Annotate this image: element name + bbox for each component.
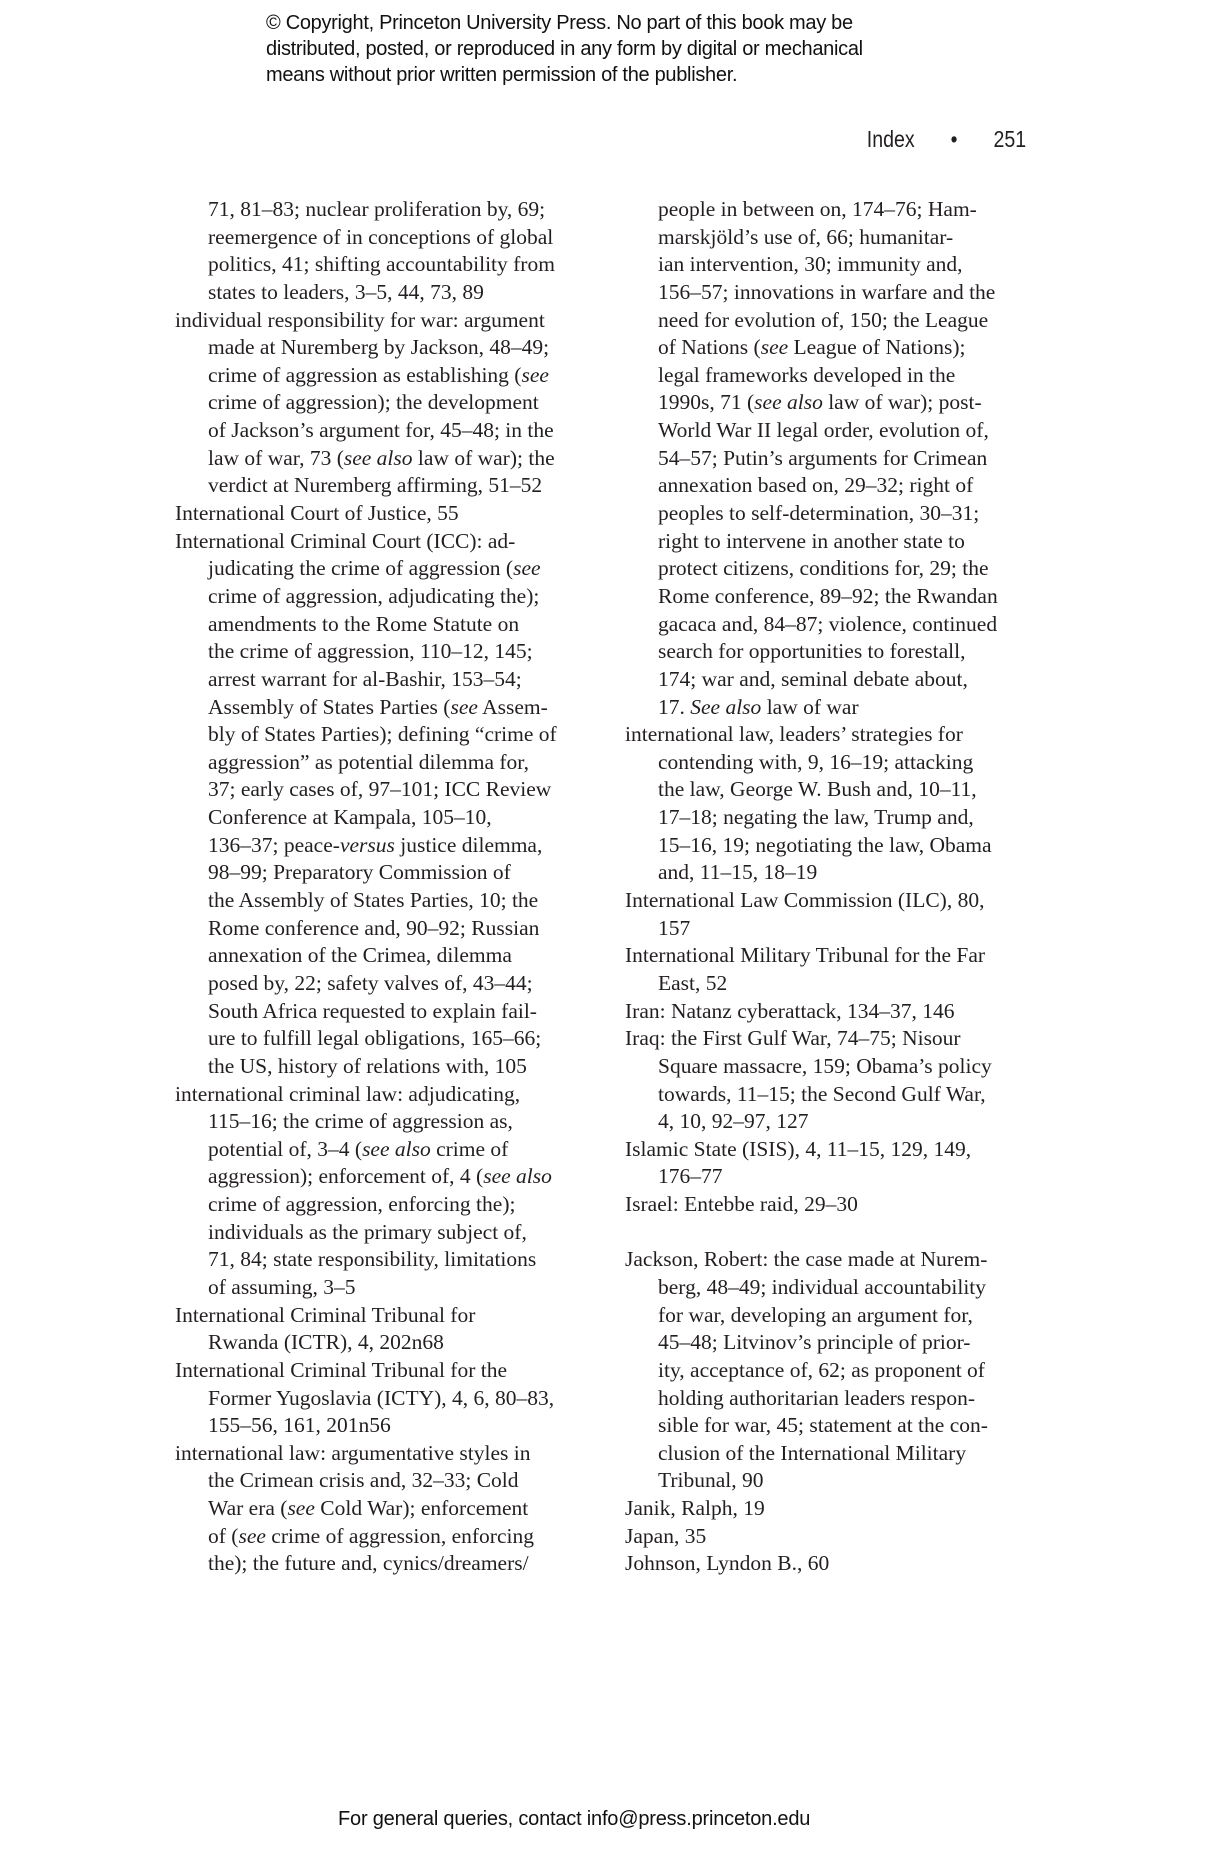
index-entry-heading: Iraq: the First Gulf War, 74–75; Nisour <box>625 1025 1045 1053</box>
index-entry-heading: international law: argumentative styles … <box>175 1440 595 1468</box>
copyright-line: means without prior written permission o… <box>266 62 986 88</box>
index-subentry-line: crime of aggression, adjudicating the); <box>175 583 595 611</box>
index-text: Assem- <box>478 695 548 719</box>
index-subentry-line: the crime of aggression, 110–12, 145; <box>175 638 595 666</box>
index-text: ure to fulfill legal obligations, 165–66… <box>208 1026 541 1050</box>
index-entry-heading: International Law Commission (ILC), 80, <box>625 887 1045 915</box>
index-subentry-line: annexation of the Crimea, dilemma <box>175 942 595 970</box>
index-text: South Africa requested to explain fail- <box>208 999 537 1023</box>
index-text: law of war, 73 ( <box>208 446 344 470</box>
index-subentry-line: Square massacre, 159; Obama’s policy <box>625 1053 1045 1081</box>
index-text: contending with, 9, 16–19; attacking <box>658 750 973 774</box>
italic-cross-reference: see <box>761 335 788 359</box>
index-text: 155–56, 161, 201n56 <box>208 1413 391 1437</box>
index-text: International Criminal Tribunal for <box>175 1303 475 1327</box>
index-subentry-line: berg, 48–49; individual accountability <box>625 1274 1045 1302</box>
index-subentry-line: East, 52 <box>625 970 1045 998</box>
index-text: 71, 81–83; nuclear proliferation by, 69; <box>208 197 545 221</box>
index-text: individual responsibility for war: argum… <box>175 308 545 332</box>
index-subentry-line: 155–56, 161, 201n56 <box>175 1412 595 1440</box>
index-text: crime of <box>431 1137 509 1161</box>
index-text: annexation of the Crimea, dilemma <box>208 943 512 967</box>
index-text: 1990s, 71 ( <box>658 390 754 414</box>
index-subentry-line: posed by, 22; safety valves of, 43–44; <box>175 970 595 998</box>
index-text: reemergence of in conceptions of global <box>208 225 553 249</box>
page-number: 251 <box>994 126 1027 153</box>
index-entry-heading: International Criminal Tribunal for the <box>175 1357 595 1385</box>
index-text: ity, acceptance of, 62; as proponent of <box>658 1358 985 1382</box>
index-subentry-line: 17. See also law of war <box>625 694 1045 722</box>
index-text: 176–77 <box>658 1164 723 1188</box>
index-text: 15–16, 19; negotiating the law, Obama <box>658 833 992 857</box>
index-text: International Criminal Tribunal for the <box>175 1358 507 1382</box>
index-text: 136–37; peace- <box>208 833 340 857</box>
index-subentry-line: the); the future and, cynics/dreamers/ <box>175 1550 595 1578</box>
index-subentry-line: of (see crime of aggression, enforcing <box>175 1523 595 1551</box>
index-text: verdict at Nuremberg affirming, 51–52 <box>208 473 542 497</box>
index-text: crime of aggression, adjudicating the); <box>208 584 539 608</box>
index-text: Jackson, Robert: the case made at Nurem- <box>625 1247 987 1271</box>
index-subentry-line: contending with, 9, 16–19; attacking <box>625 749 1045 777</box>
index-text: 17. <box>658 695 690 719</box>
index-text: the Crimean crisis and, 32–33; Cold <box>208 1468 519 1492</box>
index-text: the crime of aggression, 110–12, 145; <box>208 639 533 663</box>
index-text: 54–57; Putin’s arguments for Crimean <box>658 446 987 470</box>
index-text: 4, 10, 92–97, 127 <box>658 1109 809 1133</box>
index-entry-heading: International Court of Justice, 55 <box>175 500 595 528</box>
index-text: Janik, Ralph, 19 <box>625 1496 765 1520</box>
index-subentry-line: 1990s, 71 (see also law of war); post- <box>625 389 1045 417</box>
index-text: the Assembly of States Parties, 10; the <box>208 888 538 912</box>
index-subentry-line: gacaca and, 84–87; violence, continued <box>625 611 1045 639</box>
index-text: law of war); post- <box>823 390 982 414</box>
index-text: Iran: Natanz cyberattack, 134–37, 146 <box>625 999 955 1023</box>
index-subentry-line: ian intervention, 30; immunity and, <box>625 251 1045 279</box>
index-text: aggression); enforcement of, 4 ( <box>208 1164 483 1188</box>
index-subentry-line: 4, 10, 92–97, 127 <box>625 1108 1045 1136</box>
index-text: states to leaders, 3–5, 44, 73, 89 <box>208 280 484 304</box>
index-text: War era ( <box>208 1496 287 1520</box>
index-text: Rwanda (ICTR), 4, 202n68 <box>208 1330 444 1354</box>
index-text: legal frameworks developed in the <box>658 363 955 387</box>
index-text: Square massacre, 159; Obama’s policy <box>658 1054 992 1078</box>
index-subentry-line: War era (see Cold War); enforcement <box>175 1495 595 1523</box>
index-subentry-line: search for opportunities to forestall, <box>625 638 1045 666</box>
index-text: clusion of the International Military <box>658 1441 966 1465</box>
index-subentry-line: 37; early cases of, 97–101; ICC Review <box>175 776 595 804</box>
index-text: Islamic State (ISIS), 4, 11–15, 129, 149… <box>625 1137 971 1161</box>
bullet-separator-icon: • <box>951 126 958 153</box>
index-subentry-line: made at Nuremberg by Jackson, 48–49; <box>175 334 595 362</box>
index-subentry-line: people in between on, 174–76; Ham- <box>625 196 1045 224</box>
section-spacer <box>625 1219 1045 1247</box>
index-subentry-line: peoples to self-determination, 30–31; <box>625 500 1045 528</box>
index-text: annexation based on, 29–32; right of <box>658 473 973 497</box>
index-text: international law, leaders’ strategies f… <box>625 722 963 746</box>
index-text: 98–99; Preparatory Commission of <box>208 860 511 884</box>
index-text: law of war); the <box>413 446 555 470</box>
index-subentry-line: 54–57; Putin’s arguments for Crimean <box>625 445 1045 473</box>
italic-cross-reference: see <box>238 1524 265 1548</box>
index-text: marskjöld’s use of, 66; humanitar- <box>658 225 953 249</box>
index-subentry-line: holding authoritarian leaders respon- <box>625 1385 1045 1413</box>
index-entry-heading: International Criminal Court (ICC): ad- <box>175 528 595 556</box>
index-subentry-line: law of war, 73 (see also law of war); th… <box>175 445 595 473</box>
index-text: International Court of Justice, 55 <box>175 501 459 525</box>
index-text: Rome conference, 89–92; the Rwandan <box>658 584 998 608</box>
index-entry-heading: international criminal law: adjudicating… <box>175 1081 595 1109</box>
index-entry-heading: International Criminal Tribunal for <box>175 1302 595 1330</box>
index-subentry-line: Rome conference, 89–92; the Rwandan <box>625 583 1045 611</box>
index-text: law of war <box>761 695 858 719</box>
index-text: 115–16; the crime of aggression as, <box>208 1109 513 1133</box>
index-text: International Military Tribunal for the … <box>625 943 985 967</box>
index-subentry-line: crime of aggression); the development <box>175 389 595 417</box>
index-subentry-line: ity, acceptance of, 62; as proponent of <box>625 1357 1045 1385</box>
index-entry-heading: Johnson, Lyndon B., 60 <box>625 1550 1045 1578</box>
index-subentry-line: individuals as the primary subject of, <box>175 1219 595 1247</box>
index-text: aggression” as potential dilemma for, <box>208 750 529 774</box>
index-subentry-line: the Crimean crisis and, 32–33; Cold <box>175 1467 595 1495</box>
index-subentry-line: crime of aggression as establishing (see <box>175 362 595 390</box>
index-text: for war, developing an argument for, <box>658 1303 973 1327</box>
index-subentry-line: crime of aggression, enforcing the); <box>175 1191 595 1219</box>
index-text: Japan, 35 <box>625 1524 706 1548</box>
index-text: crime of aggression as establishing ( <box>208 363 521 387</box>
index-text: of Jackson’s argument for, 45–48; in the <box>208 418 554 442</box>
index-subentry-line: states to leaders, 3–5, 44, 73, 89 <box>175 279 595 307</box>
index-text: the law, George W. Bush and, 10–11, <box>658 777 977 801</box>
index-text: of Nations ( <box>658 335 761 359</box>
index-text: Israel: Entebbe raid, 29–30 <box>625 1192 858 1216</box>
index-subentry-line: 17–18; negating the law, Trump and, <box>625 804 1045 832</box>
index-subentry-line: politics, 41; shifting accountability fr… <box>175 251 595 279</box>
index-subentry-line: verdict at Nuremberg affirming, 51–52 <box>175 472 595 500</box>
index-text: crime of aggression, enforcing <box>266 1524 534 1548</box>
index-subentry-line: bly of States Parties); defining “crime … <box>175 721 595 749</box>
italic-cross-reference: see <box>513 556 540 580</box>
index-text: individuals as the primary subject of, <box>208 1220 527 1244</box>
index-column-right: people in between on, 174–76; Ham-marskj… <box>625 196 1045 1578</box>
index-text: Johnson, Lyndon B., 60 <box>625 1551 829 1575</box>
index-subentry-line: need for evolution of, 150; the League <box>625 307 1045 335</box>
index-subentry-line: protect citizens, conditions for, 29; th… <box>625 555 1045 583</box>
index-subentry-line: ure to fulfill legal obligations, 165–66… <box>175 1025 595 1053</box>
index-subentry-line: sible for war, 45; statement at the con- <box>625 1412 1045 1440</box>
index-subentry-line: 174; war and, seminal debate about, <box>625 666 1045 694</box>
index-text: people in between on, 174–76; Ham- <box>658 197 977 221</box>
index-subentry-line: 98–99; Preparatory Commission of <box>175 859 595 887</box>
index-subentry-line: marskjöld’s use of, 66; humanitar- <box>625 224 1045 252</box>
index-text: potential of, 3–4 ( <box>208 1137 362 1161</box>
index-subentry-line: reemergence of in conceptions of global <box>175 224 595 252</box>
index-text: bly of States Parties); defining “crime … <box>208 722 557 746</box>
index-column-left: 71, 81–83; nuclear proliferation by, 69;… <box>175 196 595 1578</box>
index-subentry-line: of assuming, 3–5 <box>175 1274 595 1302</box>
index-text: the); the future and, cynics/dreamers/ <box>208 1551 529 1575</box>
index-subentry-line: 156–57; innovations in warfare and the <box>625 279 1045 307</box>
italic-cross-reference: versus <box>340 833 395 857</box>
index-entry-heading: Japan, 35 <box>625 1523 1045 1551</box>
index-text: International Criminal Court (ICC): ad- <box>175 529 515 553</box>
index-text: protect citizens, conditions for, 29; th… <box>658 556 989 580</box>
italic-cross-reference: see also <box>483 1164 552 1188</box>
index-subentry-line: right to intervene in another state to <box>625 528 1045 556</box>
index-subentry-line: 176–77 <box>625 1163 1045 1191</box>
index-subentry-line: Assembly of States Parties (see Assem- <box>175 694 595 722</box>
index-text: holding authoritarian leaders respon- <box>658 1386 975 1410</box>
index-text: judicating the crime of aggression ( <box>208 556 513 580</box>
index-subentry-line: 71, 84; state responsibility, limitation… <box>175 1246 595 1274</box>
index-text: Assembly of States Parties ( <box>208 695 450 719</box>
index-text: crime of aggression); the development <box>208 390 539 414</box>
index-subentry-line: South Africa requested to explain fail- <box>175 998 595 1026</box>
index-text: of assuming, 3–5 <box>208 1275 356 1299</box>
index-text: justice dilemma, <box>395 833 542 857</box>
index-text: amendments to the Rome Statute on <box>208 612 519 636</box>
index-text: towards, 11–15; the Second Gulf War, <box>658 1082 986 1106</box>
index-text: 45–48; Litvinov’s principle of prior- <box>658 1330 970 1354</box>
index-subentry-line: aggression” as potential dilemma for, <box>175 749 595 777</box>
index-text: made at Nuremberg by Jackson, 48–49; <box>208 335 549 359</box>
index-text: right to intervene in another state to <box>658 529 965 553</box>
index-subentry-line: 136–37; peace-versus justice dilemma, <box>175 832 595 860</box>
index-subentry-line: World War II legal order, evolution of, <box>625 417 1045 445</box>
index-subentry-line: of Nations (see League of Nations); <box>625 334 1045 362</box>
index-subentry-line: 71, 81–83; nuclear proliferation by, 69; <box>175 196 595 224</box>
index-subentry-line: judicating the crime of aggression (see <box>175 555 595 583</box>
index-text: berg, 48–49; individual accountability <box>658 1275 986 1299</box>
section-title: Index <box>867 126 915 153</box>
index-subentry-line: 115–16; the crime of aggression as, <box>175 1108 595 1136</box>
index-text: Iraq: the First Gulf War, 74–75; Nisour <box>625 1026 961 1050</box>
index-text: 17–18; negating the law, Trump and, <box>658 805 974 829</box>
index-text: politics, 41; shifting accountability fr… <box>208 252 555 276</box>
index-text: and, 11–15, 18–19 <box>658 860 817 884</box>
italic-cross-reference: see also <box>362 1137 431 1161</box>
index-text: 156–57; innovations in warfare and the <box>658 280 995 304</box>
index-text: of ( <box>208 1524 238 1548</box>
index-text: Tribunal, 90 <box>658 1468 764 1492</box>
index-text: sible for war, 45; statement at the con- <box>658 1413 988 1437</box>
index-subentry-line: 15–16, 19; negotiating the law, Obama <box>625 832 1045 860</box>
index-subentry-line: for war, developing an argument for, <box>625 1302 1045 1330</box>
italic-cross-reference: see also <box>754 390 823 414</box>
index-entry-heading: Islamic State (ISIS), 4, 11–15, 129, 149… <box>625 1136 1045 1164</box>
index-entry-heading: Israel: Entebbe raid, 29–30 <box>625 1191 1045 1219</box>
index-text: League of Nations); <box>788 335 965 359</box>
index-entry-heading: Janik, Ralph, 19 <box>625 1495 1045 1523</box>
index-text: international law: argumentative styles … <box>175 1441 530 1465</box>
index-text: Conference at Kampala, 105–10, <box>208 805 492 829</box>
index-text: 71, 84; state responsibility, limitation… <box>208 1247 536 1271</box>
index-subentry-line: aggression); enforcement of, 4 (see also <box>175 1163 595 1191</box>
index-subentry-line: Conference at Kampala, 105–10, <box>175 804 595 832</box>
index-text: international criminal law: adjudicating… <box>175 1082 520 1106</box>
index-text: 157 <box>658 916 690 940</box>
copyright-notice: © Copyright, Princeton University Press.… <box>266 10 986 88</box>
index-subentry-line: 157 <box>625 915 1045 943</box>
index-text: search for opportunities to forestall, <box>658 639 965 663</box>
index-entry-heading: Jackson, Robert: the case made at Nurem- <box>625 1246 1045 1274</box>
index-entry-heading: international law, leaders’ strategies f… <box>625 721 1045 749</box>
index-entry-heading: International Military Tribunal for the … <box>625 942 1045 970</box>
index-subentry-line: the US, history of relations with, 105 <box>175 1053 595 1081</box>
index-text: 37; early cases of, 97–101; ICC Review <box>208 777 551 801</box>
index-subentry-line: the law, George W. Bush and, 10–11, <box>625 776 1045 804</box>
footer-contact: For general queries, contact info@press.… <box>338 1808 938 1831</box>
index-subentry-line: amendments to the Rome Statute on <box>175 611 595 639</box>
copyright-line: © Copyright, Princeton University Press.… <box>266 10 986 36</box>
index-text: arrest warrant for al-Bashir, 153–54; <box>208 667 522 691</box>
index-text: ian intervention, 30; immunity and, <box>658 252 963 276</box>
index-subentry-line: potential of, 3–4 (see also crime of <box>175 1136 595 1164</box>
index-text: crime of aggression, enforcing the); <box>208 1192 515 1216</box>
index-text: Former Yugoslavia (ICTY), 4, 6, 80–83, <box>208 1386 554 1410</box>
index-text: Cold War); enforcement <box>315 1496 528 1520</box>
index-subentry-line: annexation based on, 29–32; right of <box>625 472 1045 500</box>
italic-cross-reference: see also <box>344 446 413 470</box>
index-subentry-line: Rome conference and, 90–92; Russian <box>175 915 595 943</box>
italic-cross-reference: see <box>521 363 548 387</box>
index-subentry-line: arrest warrant for al-Bashir, 153–54; <box>175 666 595 694</box>
index-entry-heading: individual responsibility for war: argum… <box>175 307 595 335</box>
index-text: East, 52 <box>658 971 727 995</box>
running-head: Index • 251 <box>860 126 1013 156</box>
index-subentry-line: legal frameworks developed in the <box>625 362 1045 390</box>
index-text: need for evolution of, 150; the League <box>658 308 988 332</box>
index-text: World War II legal order, evolution of, <box>658 418 989 442</box>
copyright-line: distributed, posted, or reproduced in an… <box>266 36 986 62</box>
index-subentry-line: of Jackson’s argument for, 45–48; in the <box>175 417 595 445</box>
index-text: gacaca and, 84–87; violence, continued <box>658 612 997 636</box>
index-subentry-line: towards, 11–15; the Second Gulf War, <box>625 1081 1045 1109</box>
index-subentry-line: the Assembly of States Parties, 10; the <box>175 887 595 915</box>
index-subentry-line: Rwanda (ICTR), 4, 202n68 <box>175 1329 595 1357</box>
index-text: International Law Commission (ILC), 80, <box>625 888 984 912</box>
index-entry-heading: Iran: Natanz cyberattack, 134–37, 146 <box>625 998 1045 1026</box>
index-subentry-line: 45–48; Litvinov’s principle of prior- <box>625 1329 1045 1357</box>
index-subentry-line: and, 11–15, 18–19 <box>625 859 1045 887</box>
index-subentry-line: Tribunal, 90 <box>625 1467 1045 1495</box>
index-text: peoples to self-determination, 30–31; <box>658 501 979 525</box>
index-text: Rome conference and, 90–92; Russian <box>208 916 539 940</box>
index-text: 174; war and, seminal debate about, <box>658 667 968 691</box>
italic-cross-reference: see <box>287 1496 314 1520</box>
index-subentry-line: Former Yugoslavia (ICTY), 4, 6, 80–83, <box>175 1385 595 1413</box>
italic-cross-reference: See also <box>690 695 761 719</box>
index-text: the US, history of relations with, 105 <box>208 1054 527 1078</box>
index-subentry-line: clusion of the International Military <box>625 1440 1045 1468</box>
index-text: posed by, 22; safety valves of, 43–44; <box>208 971 533 995</box>
italic-cross-reference: see <box>450 695 477 719</box>
